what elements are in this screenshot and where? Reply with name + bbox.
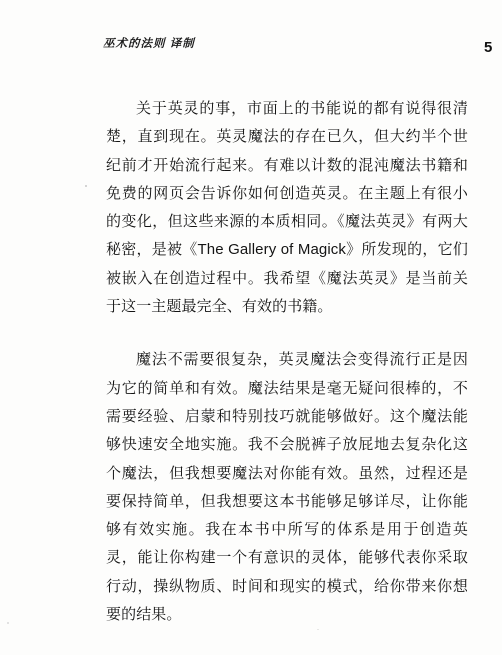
running-title: 巫术的法则 译制 [103,35,195,51]
scan-speck [370,118,371,119]
scan-speck [85,185,87,187]
scanned-book-page: 巫术的法则 译制 5 关于英灵的事，市面上的书能说的都有说得很清楚，直到现在。英… [0,0,502,655]
scan-speck [317,629,319,630]
page-number: 5 [484,39,492,56]
scan-speck [7,622,9,624]
body-text: 关于英灵的事，市面上的书能说的都有说得很清楚，直到现在。英灵魔法的存在已久，但大… [106,95,468,629]
paragraph: 魔法不需要很复杂，英灵魔法会变得流行正是因为它的简单和有效。魔法结果是毫无疑问很… [106,346,468,629]
paragraph: 关于英灵的事，市面上的书能说的都有说得很清楚，直到现在。英灵魔法的存在已久，但大… [106,95,468,321]
